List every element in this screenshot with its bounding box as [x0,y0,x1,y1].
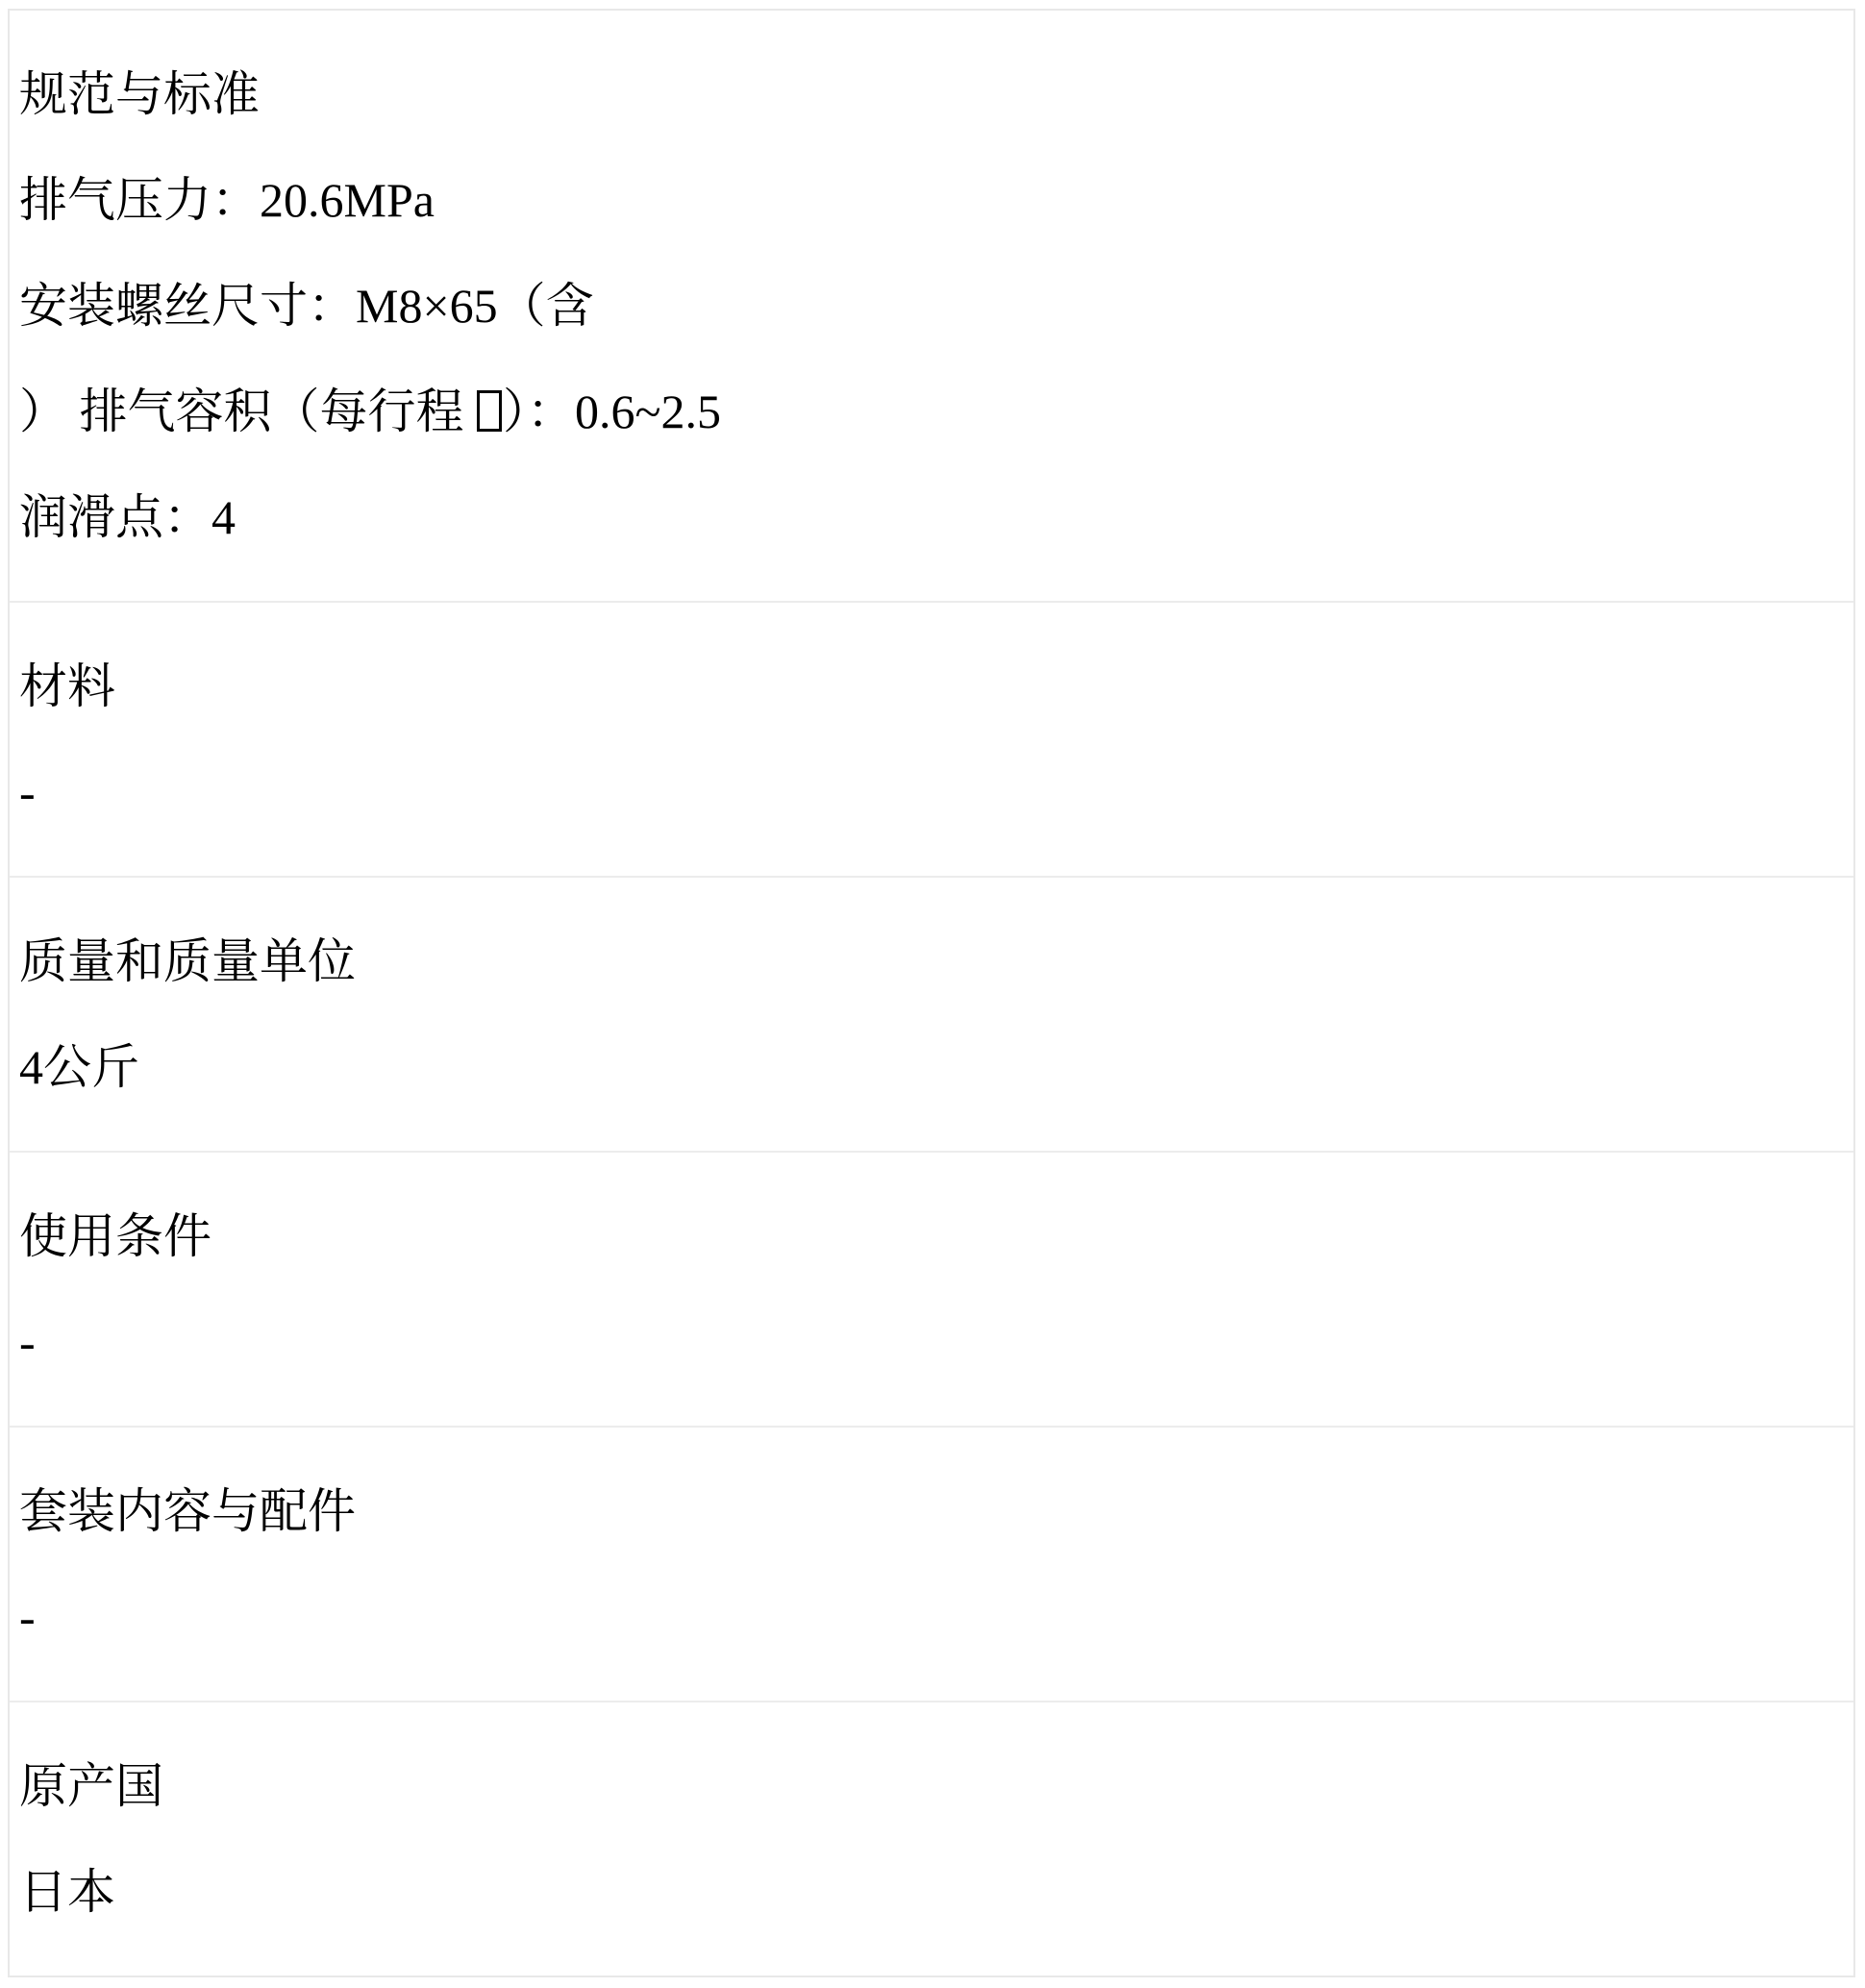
spec-value-text: ）：0.6~2.5 [503,385,721,438]
section-heading: 使用条件 [19,1183,1844,1289]
spec-value-exhaust-volume: ） 排气容积（每行程 ）：0.6~2.5 [19,359,1844,464]
spec-value-exhaust-pressure: 排气压力：20.6MPa [19,147,1844,253]
spec-value-set-contents: - [19,1564,1844,1670]
section-usage-conditions: 使用条件 - [10,1151,1853,1426]
section-specs-standards: 规范与标准 排气压力：20.6MPa 安装螺丝尺寸：M8×65（含 ） 排气容积… [10,11,1853,601]
section-heading: 材料 [19,634,1844,739]
section-material: 材料 - [10,601,1853,876]
section-heading: 套装内容与配件 [19,1458,1844,1564]
section-heading: 规范与标准 [19,41,1844,147]
spec-value-material: - [19,739,1844,845]
spec-value-country: 日本 [19,1839,1844,1945]
section-heading: 质量和质量单位 [19,908,1844,1014]
spec-value-lubrication-points: 润滑点：4 [19,464,1844,570]
section-set-contents: 套装内容与配件 - [10,1426,1853,1701]
section-heading: 原产国 [19,1733,1844,1839]
section-country-of-origin: 原产国 日本 [10,1701,1853,1976]
section-mass-unit: 质量和质量单位 4公斤 [10,876,1853,1151]
spec-value-mounting-screw: 安装螺丝尺寸：M8×65（含 [19,253,1844,359]
spec-value-mass: 4公斤 [19,1014,1844,1120]
spec-value-usage-conditions: - [19,1289,1844,1395]
spec-value-text: ） 排气容积（每行程 [19,385,476,438]
missing-glyph-box [477,390,502,432]
spec-table: 规范与标准 排气压力：20.6MPa 安装螺丝尺寸：M8×65（含 ） 排气容积… [8,9,1855,1977]
